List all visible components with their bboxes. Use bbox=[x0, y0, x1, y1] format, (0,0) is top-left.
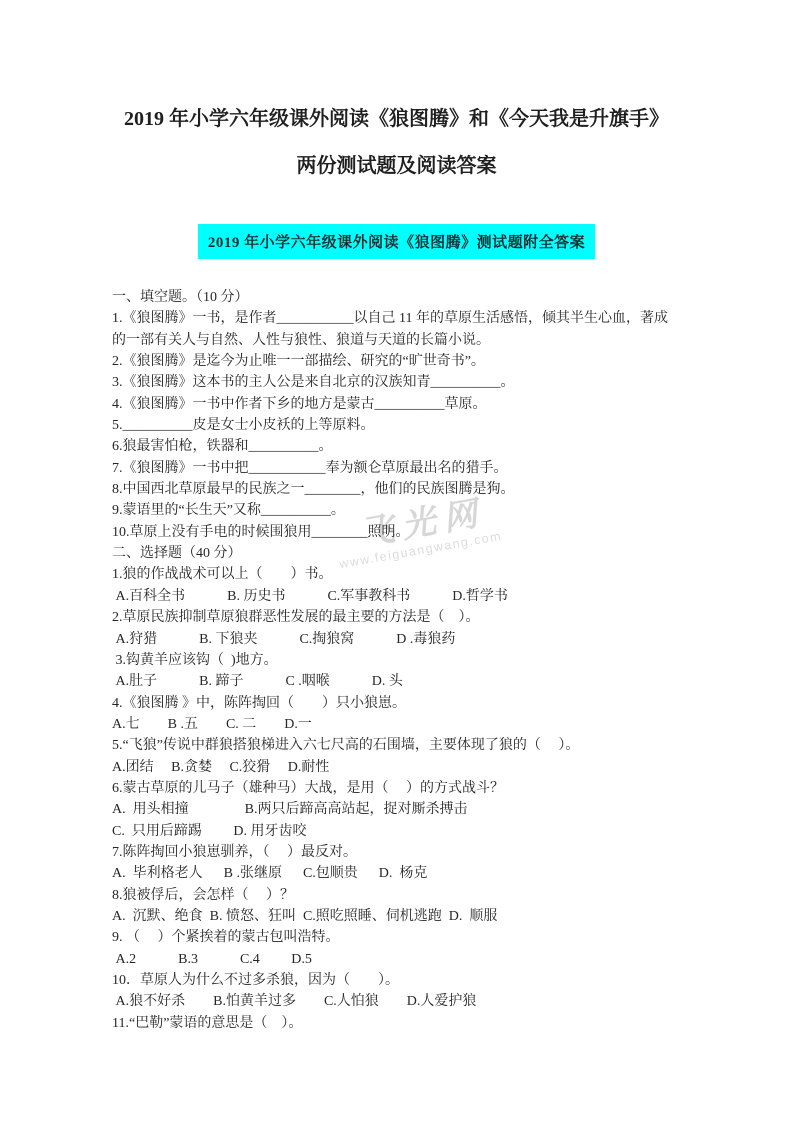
title-line-2: 两份测试题及阅读答案 bbox=[0, 143, 793, 190]
text-line: 2.《狼图腾》是迄今为止唯一一部描绘、研究的“旷世奇书”。 bbox=[112, 351, 698, 372]
text-line: 5.__________皮是女士小皮袄的上等原料。 bbox=[112, 415, 698, 436]
text-line: 3.《狼图腾》这本书的主人公是来自北京的汉族知青__________。 bbox=[112, 372, 698, 393]
text-line: 5.“飞狼”传说中群狼搭狼梯进入六七尺高的石围墙，主要体现了狼的（ ）。 bbox=[112, 735, 698, 756]
text-line: A.狩猎 B. 下狼夹 C.掏狼窝 D .毒狼药 bbox=[112, 629, 698, 650]
text-line: 9. （ ）个紧挨着的蒙古包叫浩特。 bbox=[112, 927, 698, 948]
document-title: 2019 年小学六年级课外阅读《狼图腾》和《今天我是升旗手》 两份测试题及阅读答… bbox=[0, 96, 793, 190]
text-line: A.狼不好杀 B.怕黄羊过多 C.人怕狼 D.人爱护狼 bbox=[112, 991, 698, 1012]
section-heading-multiple-choice: 二、选择题（40 分） bbox=[112, 543, 698, 564]
text-line: 11.“巴勒”蒙语的意思是（ ）。 bbox=[112, 1013, 698, 1034]
text-line: 10．草原人为什么不过多杀狼，因为（ ）。 bbox=[112, 970, 698, 991]
text-line: 2.草原民族抑制草原狼群恶性发展的最主要的方法是（ ）。 bbox=[112, 607, 698, 628]
text-line: 4.《狼图腾》一书中作者下乡的地方是蒙古__________草原。 bbox=[112, 394, 698, 415]
subtitle-row: 2019 年小学六年级课外阅读《狼图腾》测试题附全答案 bbox=[0, 224, 793, 259]
document-page: 2019 年小学六年级课外阅读《狼图腾》和《今天我是升旗手》 两份测试题及阅读答… bbox=[0, 0, 793, 1122]
section-heading-fill-blanks: 一、填空题。（10 分） bbox=[112, 287, 698, 308]
text-line: 的一部有关人与自然、人性与狼性、狼道与天道的长篇小说。 bbox=[112, 330, 698, 351]
text-line: 8.狼被俘后，会怎样（ ）？ bbox=[112, 885, 698, 906]
text-line: 10.草原上没有手电的时候围狼用________照明。 bbox=[112, 522, 698, 543]
text-line: A.七 B .五 C. 二 D.一 bbox=[112, 714, 698, 735]
text-line: 4.《狼图腾 》中，陈阵掏回（ ）只小狼崽。 bbox=[112, 693, 698, 714]
text-line: 8.中国西北草原最早的民族之一________，他们的民族图腾是狗。 bbox=[112, 479, 698, 500]
highlighted-subtitle: 2019 年小学六年级课外阅读《狼图腾》测试题附全答案 bbox=[198, 224, 595, 259]
text-line: 6.蒙古草原的儿马子（雄种马）大战，是用（ ）的方式战斗？ bbox=[112, 778, 698, 799]
text-line: 9.蒙语里的“长生天”又称__________。 bbox=[112, 500, 698, 521]
text-line: A.肚子 B. 蹄子 C .咽喉 D. 头 bbox=[112, 671, 698, 692]
test-body: 一、填空题。（10 分） 1.《狼图腾》一书，是作者___________以自己… bbox=[112, 287, 698, 1034]
text-line: 7.《狼图腾》一书中把___________奉为额仑草原最出名的猎手。 bbox=[112, 458, 698, 479]
text-line: A.2 B.3 C.4 D.5 bbox=[112, 949, 698, 970]
text-line: 1.《狼图腾》一书，是作者___________以自己 11 年的草原生活感悟，… bbox=[112, 308, 698, 329]
text-line: 3.钩黄羊应该钩（ )地方。 bbox=[112, 650, 698, 671]
title-line-1: 2019 年小学六年级课外阅读《狼图腾》和《今天我是升旗手》 bbox=[0, 96, 793, 143]
text-line: A.百科全书 B. 历史书 C.军事教科书 D.哲学书 bbox=[112, 586, 698, 607]
text-line: A. 用头相撞 B.两只后蹄高高站起，捉对厮杀搏击 bbox=[112, 799, 698, 820]
text-line: A.团结 B.贪婪 C.狡猾 D.耐性 bbox=[112, 757, 698, 778]
text-line: 7.陈阵掏回小狼崽驯养，（ ）最反对。 bbox=[112, 842, 698, 863]
text-line: A. 沉默、绝食 B. 愤怒、狂叫 C.照吃照睡、伺机逃跑 D. 顺服 bbox=[112, 906, 698, 927]
text-line: C. 只用后蹄踢 D. 用牙齿咬 bbox=[112, 821, 698, 842]
text-line: 6.狼最害怕枪，铁器和__________。 bbox=[112, 436, 698, 457]
text-line: 1.狼的作战战术可以上（ ）书。 bbox=[112, 564, 698, 585]
text-line: A. 毕利格老人 B .张继原 C.包顺贵 D. 杨克 bbox=[112, 863, 698, 884]
